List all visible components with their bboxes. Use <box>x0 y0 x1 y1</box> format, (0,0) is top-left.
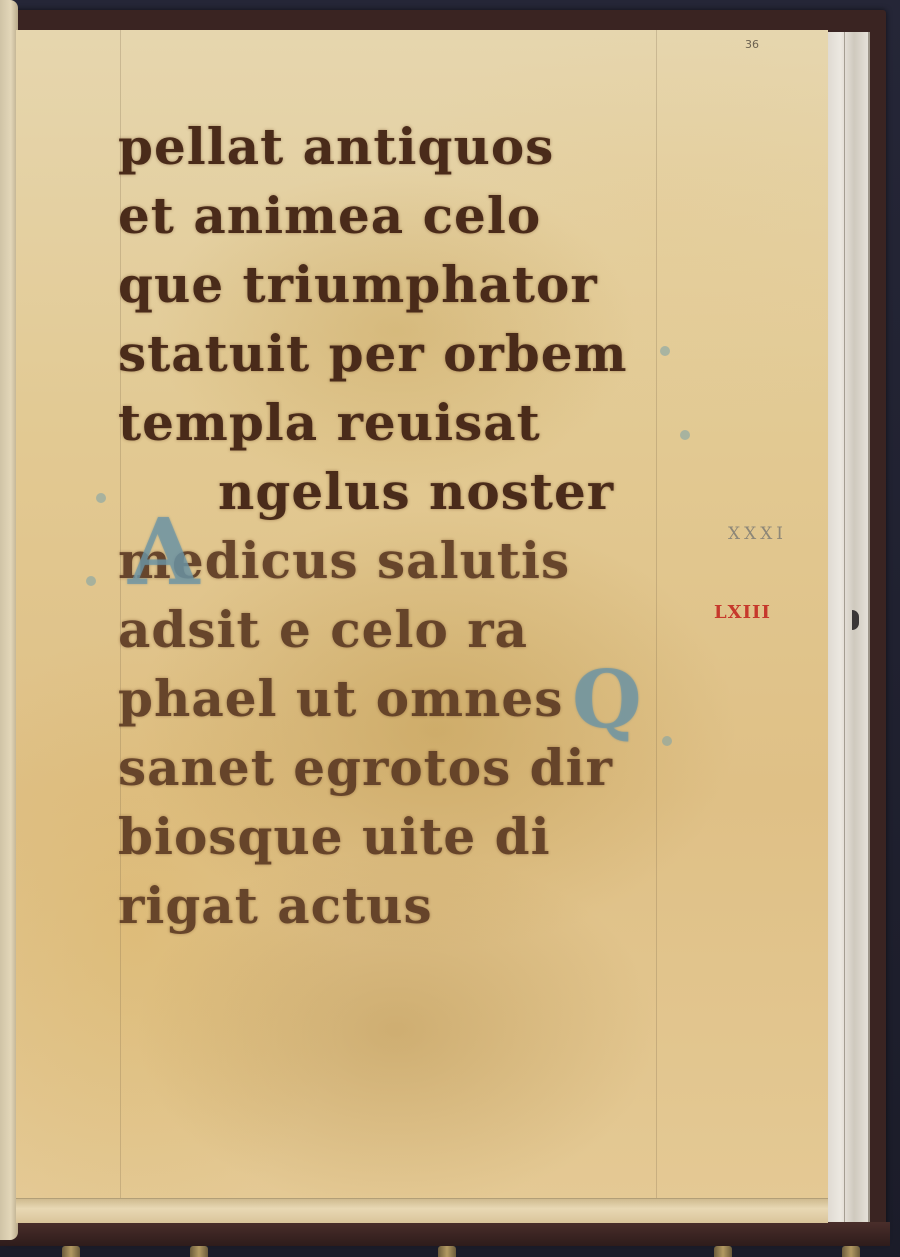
text-line: pellat antiquos <box>118 112 658 181</box>
text-line: statuit per orbem <box>118 319 658 388</box>
cradle-foot <box>438 1246 456 1257</box>
decorated-initial-a: A <box>128 498 199 606</box>
folio-number: 36 <box>745 38 759 51</box>
initial-flourish-dot <box>96 493 106 503</box>
text-line: templa reuisat <box>118 388 658 457</box>
cradle-foot <box>714 1246 732 1257</box>
page-stack-edge <box>822 32 870 1222</box>
page-bottom-edge <box>16 1198 828 1223</box>
cradle-foot <box>62 1246 80 1257</box>
text-line: que triumphator <box>118 250 658 319</box>
cradle-foot <box>190 1246 208 1257</box>
margin-red-annotation: LXIII <box>714 602 771 623</box>
book-cradle-frame-bottom <box>0 1222 890 1246</box>
initial-flourish-dot <box>86 576 96 586</box>
initial-flourish-dot <box>662 736 672 746</box>
initial-flourish-dot <box>660 346 670 356</box>
text-line: et animea celo <box>118 181 658 250</box>
decorated-initial-q: Q <box>572 652 642 746</box>
initial-flourish-dot <box>680 430 690 440</box>
text-line: rigat actus <box>118 871 658 940</box>
cradle-foot <box>842 1246 860 1257</box>
margin-roman-numeral: XXXI <box>728 524 787 544</box>
text-line: biosque uite di <box>118 802 658 871</box>
